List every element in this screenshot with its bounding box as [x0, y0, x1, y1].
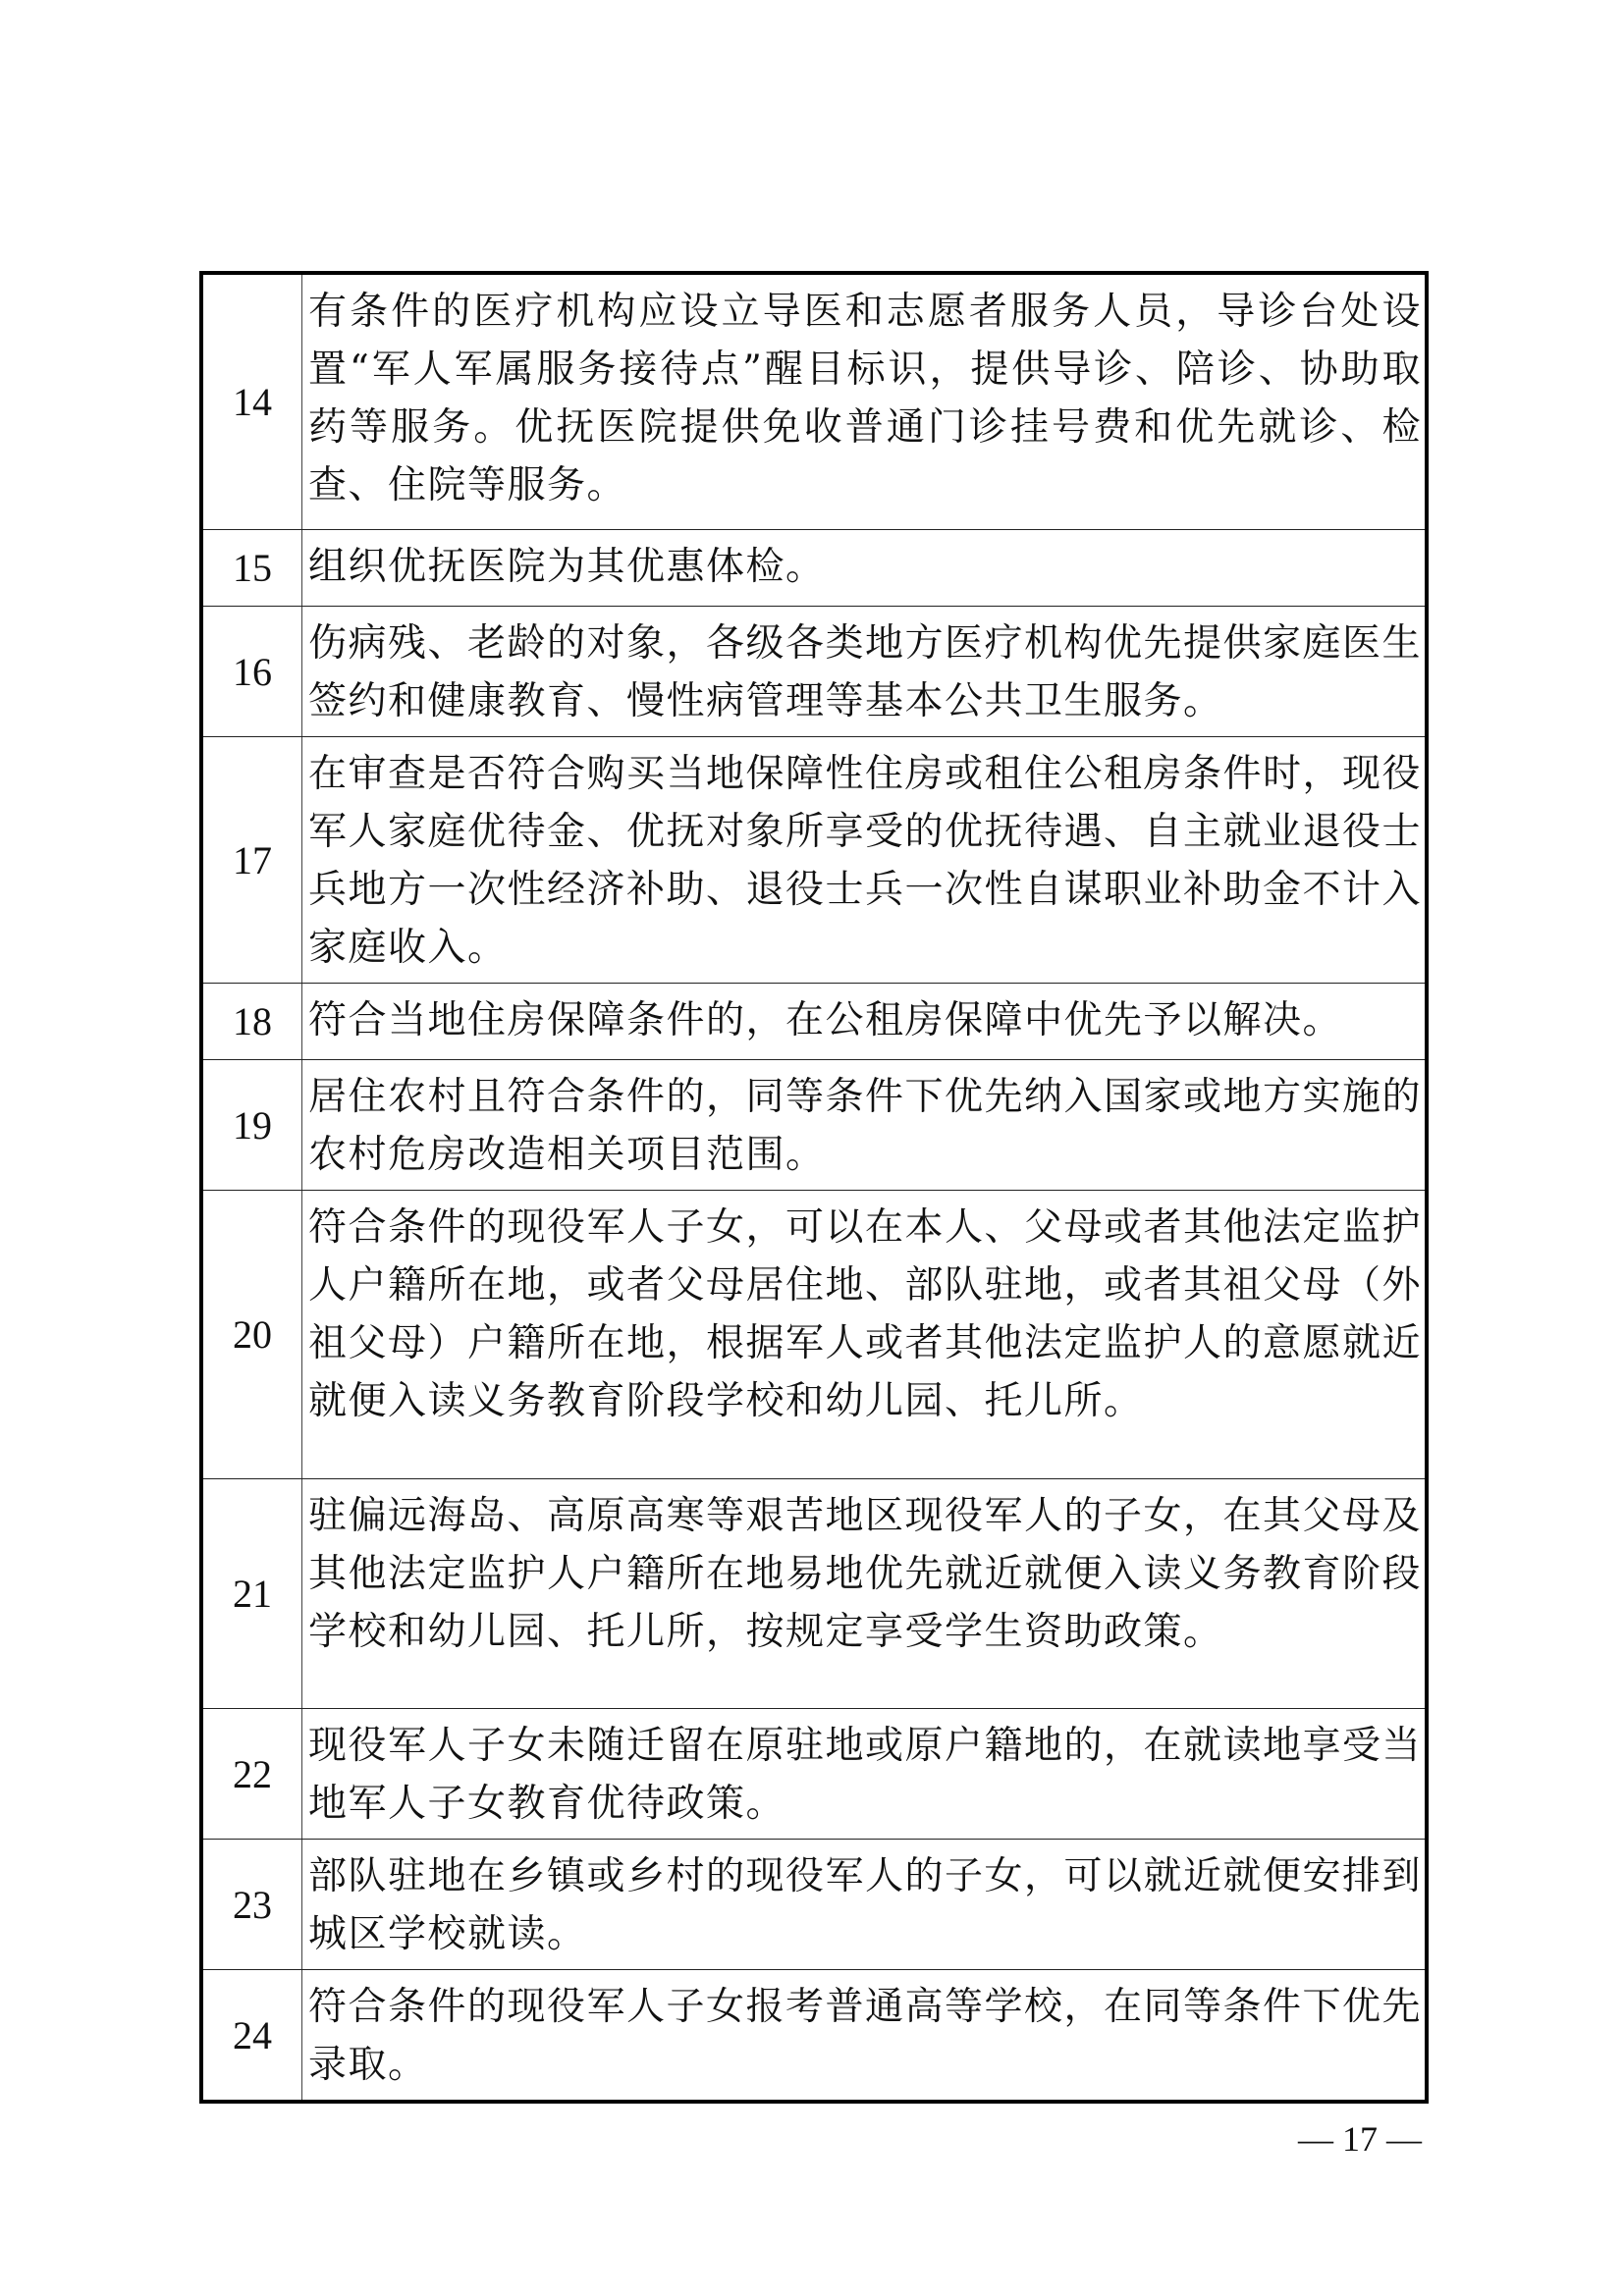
table-row: 22现役军人子女未随迁留在原驻地或原户籍地的，在就读地享受当地军人子女教育优待政… — [203, 1708, 1425, 1839]
row-text: 驻偏远海岛、高原高寒等艰苦地区现役军人的子女，在其父母及其他法定监护人户籍所在地… — [302, 1479, 1425, 1708]
row-number: 18 — [203, 984, 302, 1059]
row-text: 组织优抚医院为其优惠体检。 — [302, 530, 1425, 606]
table-row: 16伤病残、老龄的对象，各级各类地方医疗机构优先提供家庭医生签约和健康教育、慢性… — [203, 606, 1425, 736]
row-number: 14 — [203, 275, 302, 529]
row-text: 部队驻地在乡镇或乡村的现役军人的子女，可以就近就便安排到城区学校就读。 — [302, 1840, 1425, 1969]
row-number: 15 — [203, 530, 302, 606]
row-number: 21 — [203, 1479, 302, 1708]
table-row: 20符合条件的现役军人子女，可以在本人、父母或者其他法定监护人户籍所在地，或者父… — [203, 1190, 1425, 1478]
table-row: 18符合当地住房保障条件的，在公租房保障中优先予以解决。 — [203, 983, 1425, 1059]
table-row: 14有条件的医疗机构应设立导医和志愿者服务人员，导诊台处设置“军人军属服务接待点… — [203, 275, 1425, 529]
row-number: 23 — [203, 1840, 302, 1969]
row-text: 符合条件的现役军人子女报考普通高等学校，在同等条件下优先录取。 — [302, 1970, 1425, 2100]
row-text: 现役军人子女未随迁留在原驻地或原户籍地的，在就读地享受当地军人子女教育优待政策。 — [302, 1709, 1425, 1839]
row-text: 在审查是否符合购买当地保障性住房或租住公租房条件时，现役军人家庭优待金、优抚对象… — [302, 737, 1425, 983]
policy-table: 14有条件的医疗机构应设立导医和志愿者服务人员，导诊台处设置“军人军属服务接待点… — [199, 271, 1429, 2104]
row-text: 伤病残、老龄的对象，各级各类地方医疗机构优先提供家庭医生签约和健康教育、慢性病管… — [302, 607, 1425, 736]
row-text: 居住农村且符合条件的，同等条件下优先纳入国家或地方实施的农村危房改造相关项目范围… — [302, 1060, 1425, 1190]
row-number: 19 — [203, 1060, 302, 1190]
row-text: 符合条件的现役军人子女，可以在本人、父母或者其他法定监护人户籍所在地，或者父母居… — [302, 1191, 1425, 1478]
row-number: 24 — [203, 1970, 302, 2100]
table-row: 15组织优抚医院为其优惠体检。 — [203, 529, 1425, 606]
row-text: 符合当地住房保障条件的，在公租房保障中优先予以解决。 — [302, 984, 1425, 1059]
table-row: 24符合条件的现役军人子女报考普通高等学校，在同等条件下优先录取。 — [203, 1969, 1425, 2100]
table-row: 23部队驻地在乡镇或乡村的现役军人的子女，可以就近就便安排到城区学校就读。 — [203, 1839, 1425, 1969]
row-number: 20 — [203, 1191, 302, 1478]
row-text: 有条件的医疗机构应设立导医和志愿者服务人员，导诊台处设置“军人军属服务接待点”醒… — [302, 275, 1425, 529]
row-number: 22 — [203, 1709, 302, 1839]
table-row: 21驻偏远海岛、高原高寒等艰苦地区现役军人的子女，在其父母及其他法定监护人户籍所… — [203, 1478, 1425, 1708]
table-row: 17在审查是否符合购买当地保障性住房或租住公租房条件时，现役军人家庭优待金、优抚… — [203, 736, 1425, 983]
row-number: 17 — [203, 737, 302, 983]
table-row: 19居住农村且符合条件的，同等条件下优先纳入国家或地方实施的农村危房改造相关项目… — [203, 1059, 1425, 1190]
page-number: — 17 — — [1276, 2118, 1443, 2160]
row-number: 16 — [203, 607, 302, 736]
document-page: 14有条件的医疗机构应设立导医和志愿者服务人员，导诊台处设置“军人军属服务接待点… — [0, 0, 1624, 2296]
